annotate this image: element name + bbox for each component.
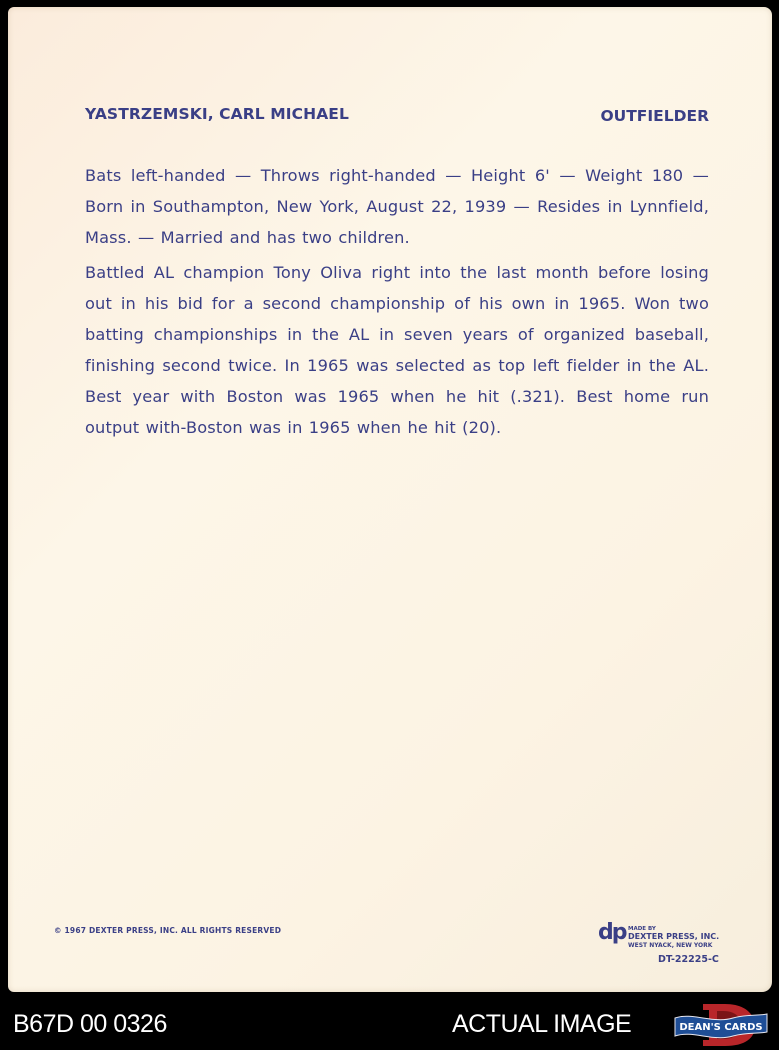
deans-cards-logo: DEAN'S CARDS — [673, 1002, 769, 1048]
dexter-press-logo: dp — [598, 920, 626, 946]
svg-text:DEAN'S CARDS: DEAN'S CARDS — [679, 1022, 762, 1033]
player-bio: Battled AL champion Tony Oliva right int… — [85, 257, 709, 443]
card-code: DT-22225-C — [658, 954, 719, 965]
copyright-notice: © 1967 DEXTER PRESS, INC. ALL RIGHTS RES… — [54, 926, 281, 935]
player-name: YASTRZEMSKI, CARL MICHAEL — [85, 105, 349, 123]
card-back: YASTRZEMSKI, CARL MICHAEL OUTFIELDER Bat… — [8, 7, 772, 992]
player-position: OUTFIELDER — [600, 107, 709, 125]
maker-city: WEST NYACK, NEW YORK — [628, 942, 712, 949]
deans-cards-d-icon: DEAN'S CARDS — [673, 1002, 769, 1048]
actual-image-label: ACTUAL IMAGE — [452, 1010, 631, 1039]
player-vitals: Bats left-handed — Throws right-handed —… — [85, 160, 709, 253]
inventory-id: B67D 00 0326 — [13, 1010, 167, 1039]
maker-company: DEXTER PRESS, INC. — [628, 932, 719, 941]
